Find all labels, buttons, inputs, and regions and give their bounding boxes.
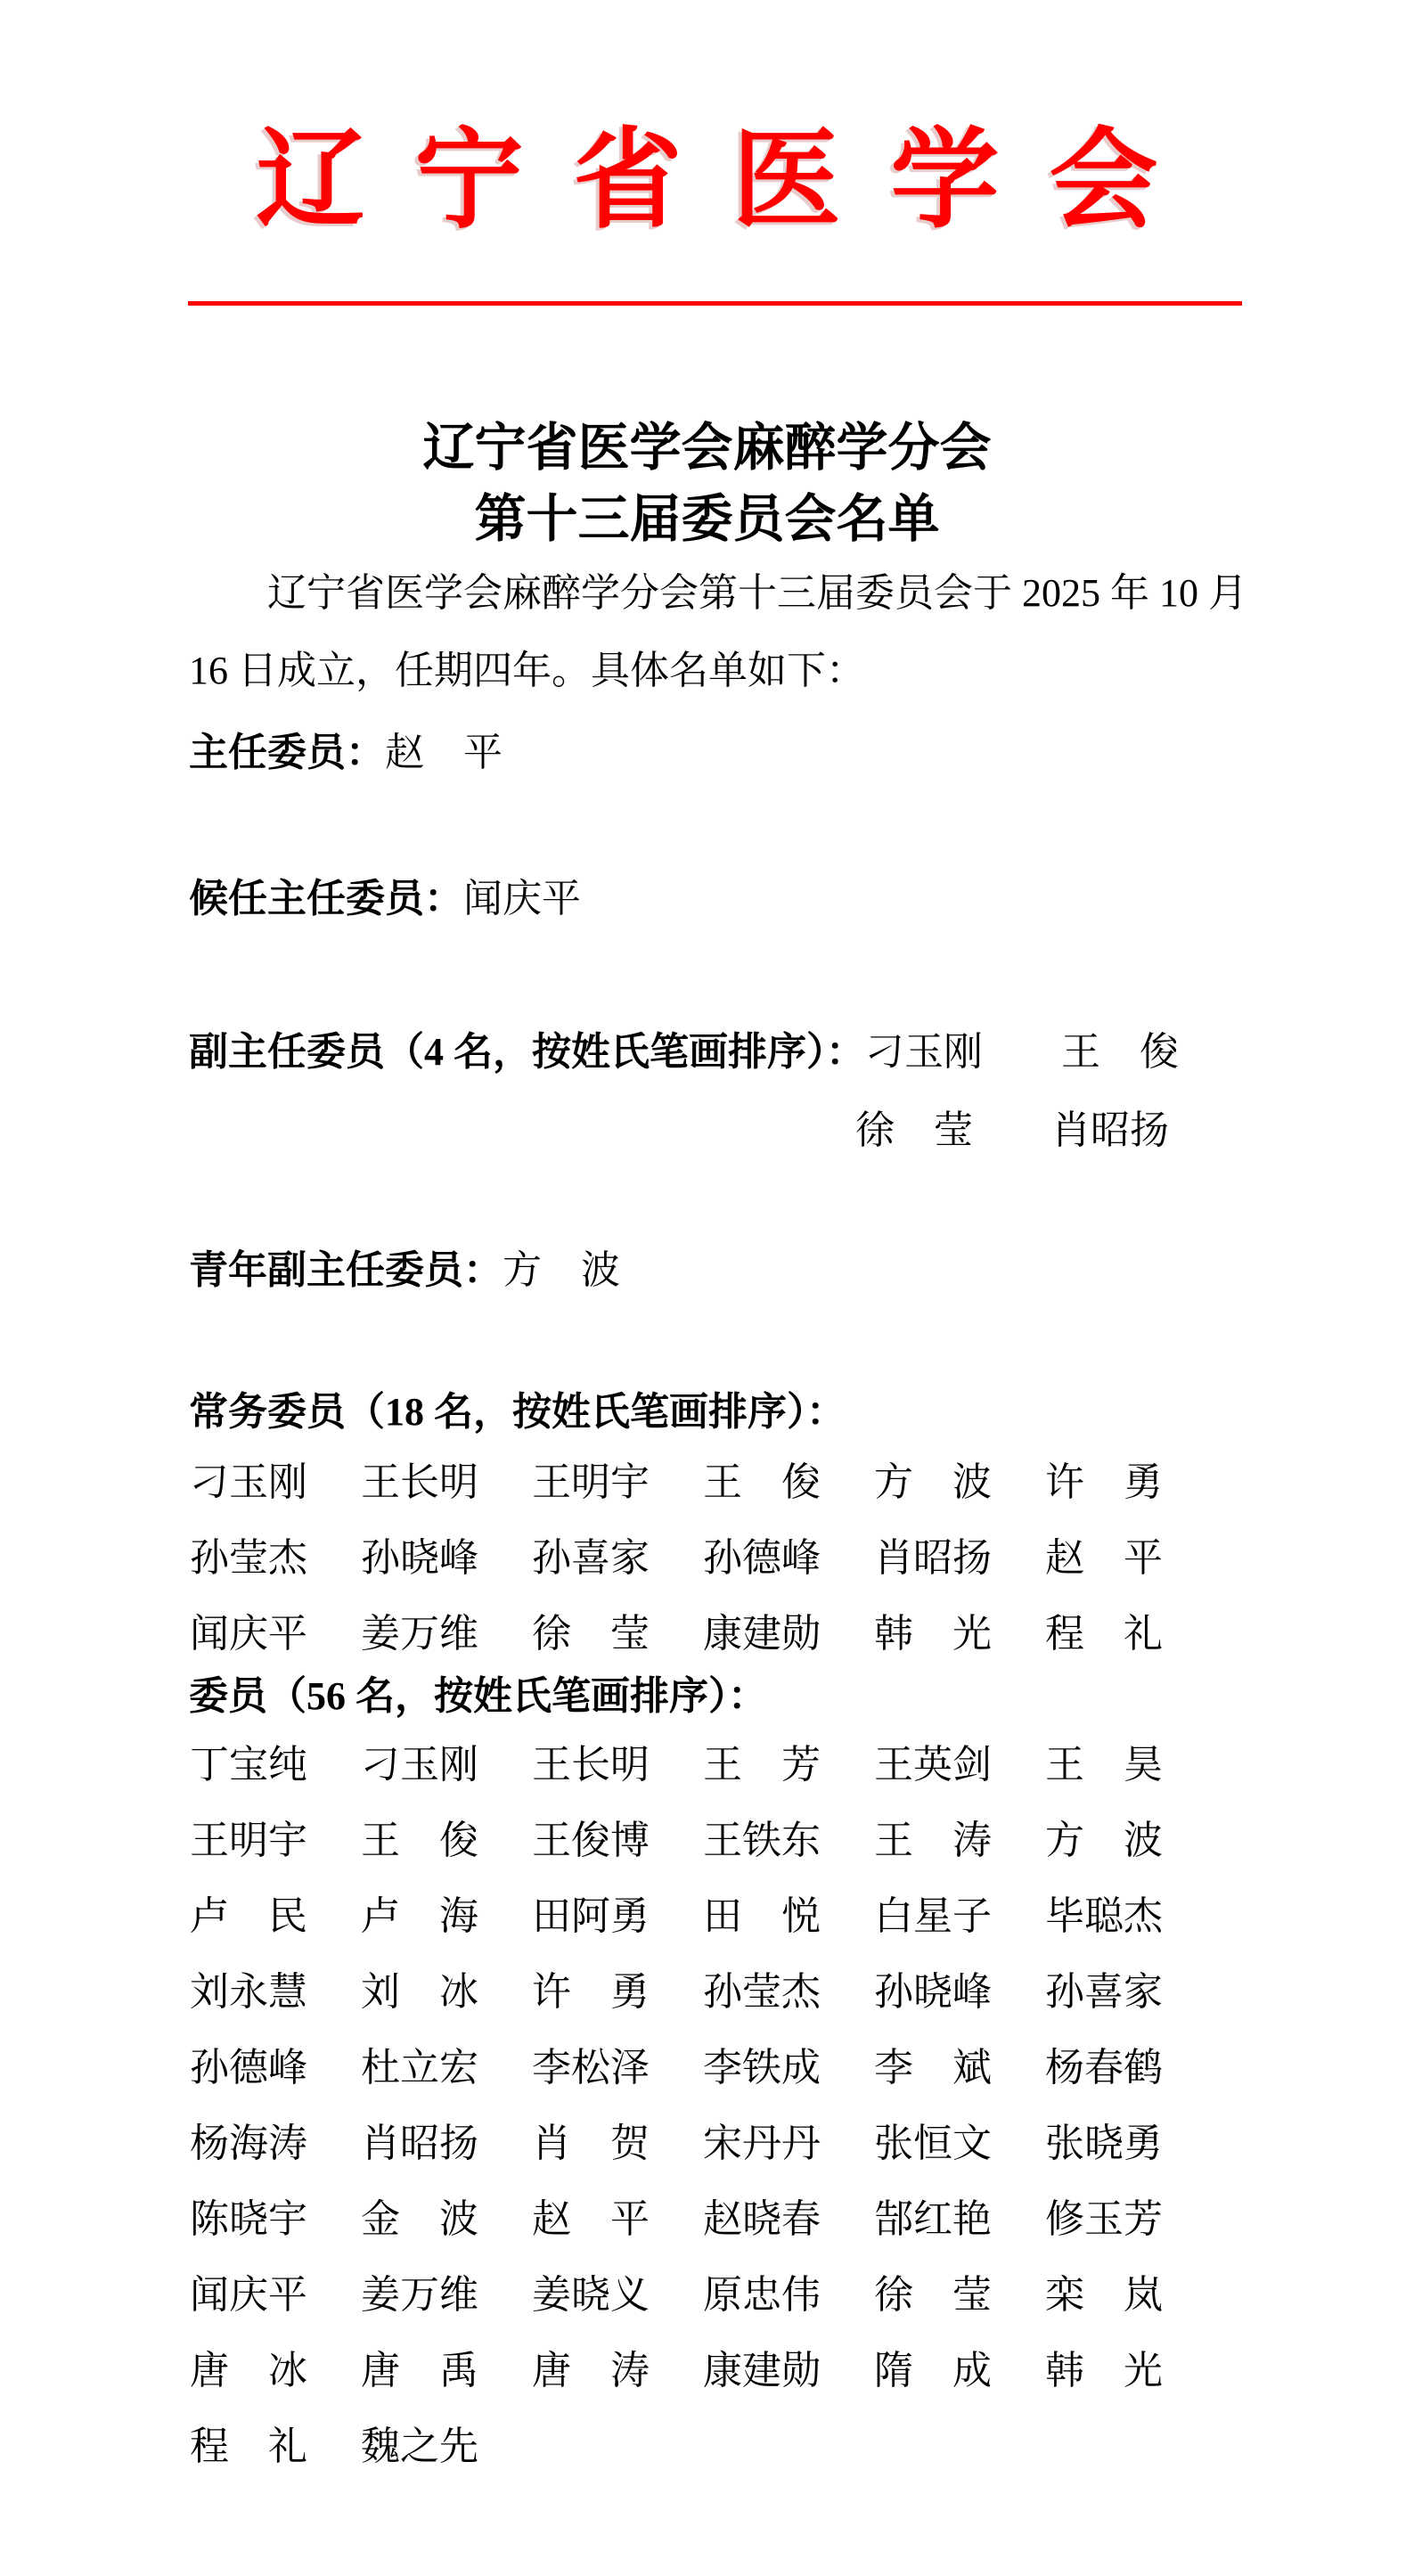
member-name: 李 斌 xyxy=(874,2048,1045,2123)
member-name: 修玉芳 xyxy=(1045,2199,1216,2275)
member-name: 孙喜家 xyxy=(532,1538,703,1614)
member-name: 肖昭扬 xyxy=(874,1538,1045,1614)
member-name: 孙莹杰 xyxy=(703,1972,874,2048)
member-name: 王 芳 xyxy=(703,1745,874,1820)
member-name: 闻庆平 xyxy=(190,2275,361,2351)
member-name: 王铁东 xyxy=(703,1820,874,1896)
member-name: 刁玉刚 xyxy=(190,1462,361,1538)
document-title-line2: 第十三届委员会名单 xyxy=(474,490,939,548)
member-name: 田 悦 xyxy=(703,1896,874,1972)
member-name: 唐 禹 xyxy=(361,2351,532,2426)
member-name: 魏之先 xyxy=(361,2426,532,2502)
document-page: 辽宁省医学会 辽宁省医学会麻醉学分会第十三届委员会名单 辽宁省医学会麻醉学分会第… xyxy=(0,0,1414,2576)
member-name: 杨春鹤 xyxy=(1045,2048,1216,2123)
committee-label: 委员（56 名，按姓氏笔画排序）： xyxy=(189,1676,767,1717)
member-name: 孙莹杰 xyxy=(190,1538,361,1614)
member-name: 唐 冰 xyxy=(190,2351,361,2426)
document-title: 辽宁省医学会麻醉学分会第十三届委员会名单 xyxy=(0,413,1414,555)
chairman-name: 赵 平 xyxy=(385,731,503,774)
member-name: 隋 成 xyxy=(874,2351,1045,2426)
vice-chairmen-label: 副主任委员（4 名，按姓氏笔画排序）： xyxy=(189,1030,865,1074)
member-name: 李铁成 xyxy=(703,2048,874,2123)
member-name: 刘永慧 xyxy=(190,1972,361,2048)
member-name: 王 俊 xyxy=(703,1462,874,1538)
member-name: 康建勋 xyxy=(703,2351,874,2426)
standing-committee-label: 常务委员（18 名，按姓氏笔画排序）： xyxy=(189,1392,846,1433)
member-name: 姜万维 xyxy=(361,2275,532,2351)
member-name: 许 勇 xyxy=(532,1972,703,2048)
member-name: 肖昭扬 xyxy=(361,2123,532,2199)
member-name: 王俊博 xyxy=(532,1820,703,1896)
member-name: 张晓勇 xyxy=(1045,2123,1216,2199)
member-name: 方 波 xyxy=(1045,1820,1216,1896)
member-name: 原忠伟 xyxy=(703,2275,874,2351)
member-name: 郜红艳 xyxy=(874,2199,1045,2275)
org-letterhead: 辽宁省医学会 xyxy=(0,114,1414,250)
chairman-line: 主任委员：赵 平 xyxy=(189,732,503,773)
member-name: 王 俊 xyxy=(361,1820,532,1896)
vice-chairmen-line1: 副主任委员（4 名，按姓氏笔画排序）：刁玉刚 王 俊 xyxy=(189,1032,1179,1073)
member-name: 毕聪杰 xyxy=(1045,1896,1216,1972)
member-name: 刘 冰 xyxy=(361,1972,532,2048)
youth-vice-chairman-label: 青年副主任委员： xyxy=(189,1248,503,1292)
member-name: 杜立宏 xyxy=(361,2048,532,2123)
member-name: 王英剑 xyxy=(874,1745,1045,1820)
vice-chairmen-line2: 徐 莹 肖昭扬 xyxy=(855,1110,1169,1151)
committee-grid: 丁宝纯刁玉刚王长明王 芳王英剑王 昊王明宇王 俊王俊博王铁东王 涛方 波卢 民卢… xyxy=(190,1745,1216,2502)
vice-chairmen-names-line1: 刁玉刚 王 俊 xyxy=(865,1030,1179,1074)
chairman-label: 主任委员： xyxy=(189,731,385,774)
member-name: 肖 贺 xyxy=(532,2123,703,2199)
member-name: 王长明 xyxy=(361,1462,532,1538)
member-name: 程 礼 xyxy=(1045,1614,1216,1689)
intro-line1: 辽宁省医学会麻醉学分会第十三届委员会于 2025 年 10 月 xyxy=(267,573,1247,614)
chairman-elect-label: 候任主任委员： xyxy=(189,877,463,920)
member-name: 程 礼 xyxy=(190,2426,361,2502)
member-name: 韩 光 xyxy=(874,1614,1045,1689)
member-name: 方 波 xyxy=(874,1462,1045,1538)
member-name: 孙德峰 xyxy=(190,2048,361,2123)
document-title-line1: 辽宁省医学会麻醉学分会 xyxy=(422,419,991,477)
member-name: 孙德峰 xyxy=(703,1538,874,1614)
member-name: 李松泽 xyxy=(532,2048,703,2123)
member-name: 刁玉刚 xyxy=(361,1745,532,1820)
member-name: 陈晓宇 xyxy=(190,2199,361,2275)
intro-line2: 16 日成立，任期四年。具体名单如下： xyxy=(189,650,865,691)
member-name: 赵晓春 xyxy=(703,2199,874,2275)
red-divider-rule xyxy=(188,301,1242,306)
member-name: 唐 涛 xyxy=(532,2351,703,2426)
member-name: 杨海涛 xyxy=(190,2123,361,2199)
member-name: 王 昊 xyxy=(1045,1745,1216,1820)
member-name: 赵 平 xyxy=(532,2199,703,2275)
member-name: 王明宇 xyxy=(190,1820,361,1896)
standing-committee-grid: 刁玉刚王长明王明宇王 俊方 波许 勇孙莹杰孙晓峰孙喜家孙德峰肖昭扬赵 平闻庆平姜… xyxy=(190,1462,1216,1689)
chairman-elect-name: 闻庆平 xyxy=(463,877,581,920)
member-name: 许 勇 xyxy=(1045,1462,1216,1538)
member-name: 孙喜家 xyxy=(1045,1972,1216,2048)
member-name: 田阿勇 xyxy=(532,1896,703,1972)
member-name: 丁宝纯 xyxy=(190,1745,361,1820)
member-name: 金 波 xyxy=(361,2199,532,2275)
member-name: 栾 岚 xyxy=(1045,2275,1216,2351)
member-name: 韩 光 xyxy=(1045,2351,1216,2426)
chairman-elect-line: 候任主任委员：闻庆平 xyxy=(189,879,581,920)
member-name: 王明宇 xyxy=(532,1462,703,1538)
youth-vice-chairman-line: 青年副主任委员：方 波 xyxy=(189,1250,620,1291)
member-name: 孙晓峰 xyxy=(874,1972,1045,2048)
youth-vice-chairman-name: 方 波 xyxy=(503,1248,620,1292)
member-name: 赵 平 xyxy=(1045,1538,1216,1614)
member-name: 王长明 xyxy=(532,1745,703,1820)
member-name: 白星子 xyxy=(874,1896,1045,1972)
member-name: 卢 民 xyxy=(190,1896,361,1972)
member-name: 卢 海 xyxy=(361,1896,532,1972)
member-name: 孙晓峰 xyxy=(361,1538,532,1614)
member-name: 徐 莹 xyxy=(874,2275,1045,2351)
member-name: 姜晓义 xyxy=(532,2275,703,2351)
member-name: 张恒文 xyxy=(874,2123,1045,2199)
member-name: 宋丹丹 xyxy=(703,2123,874,2199)
member-name: 王 涛 xyxy=(874,1820,1045,1896)
